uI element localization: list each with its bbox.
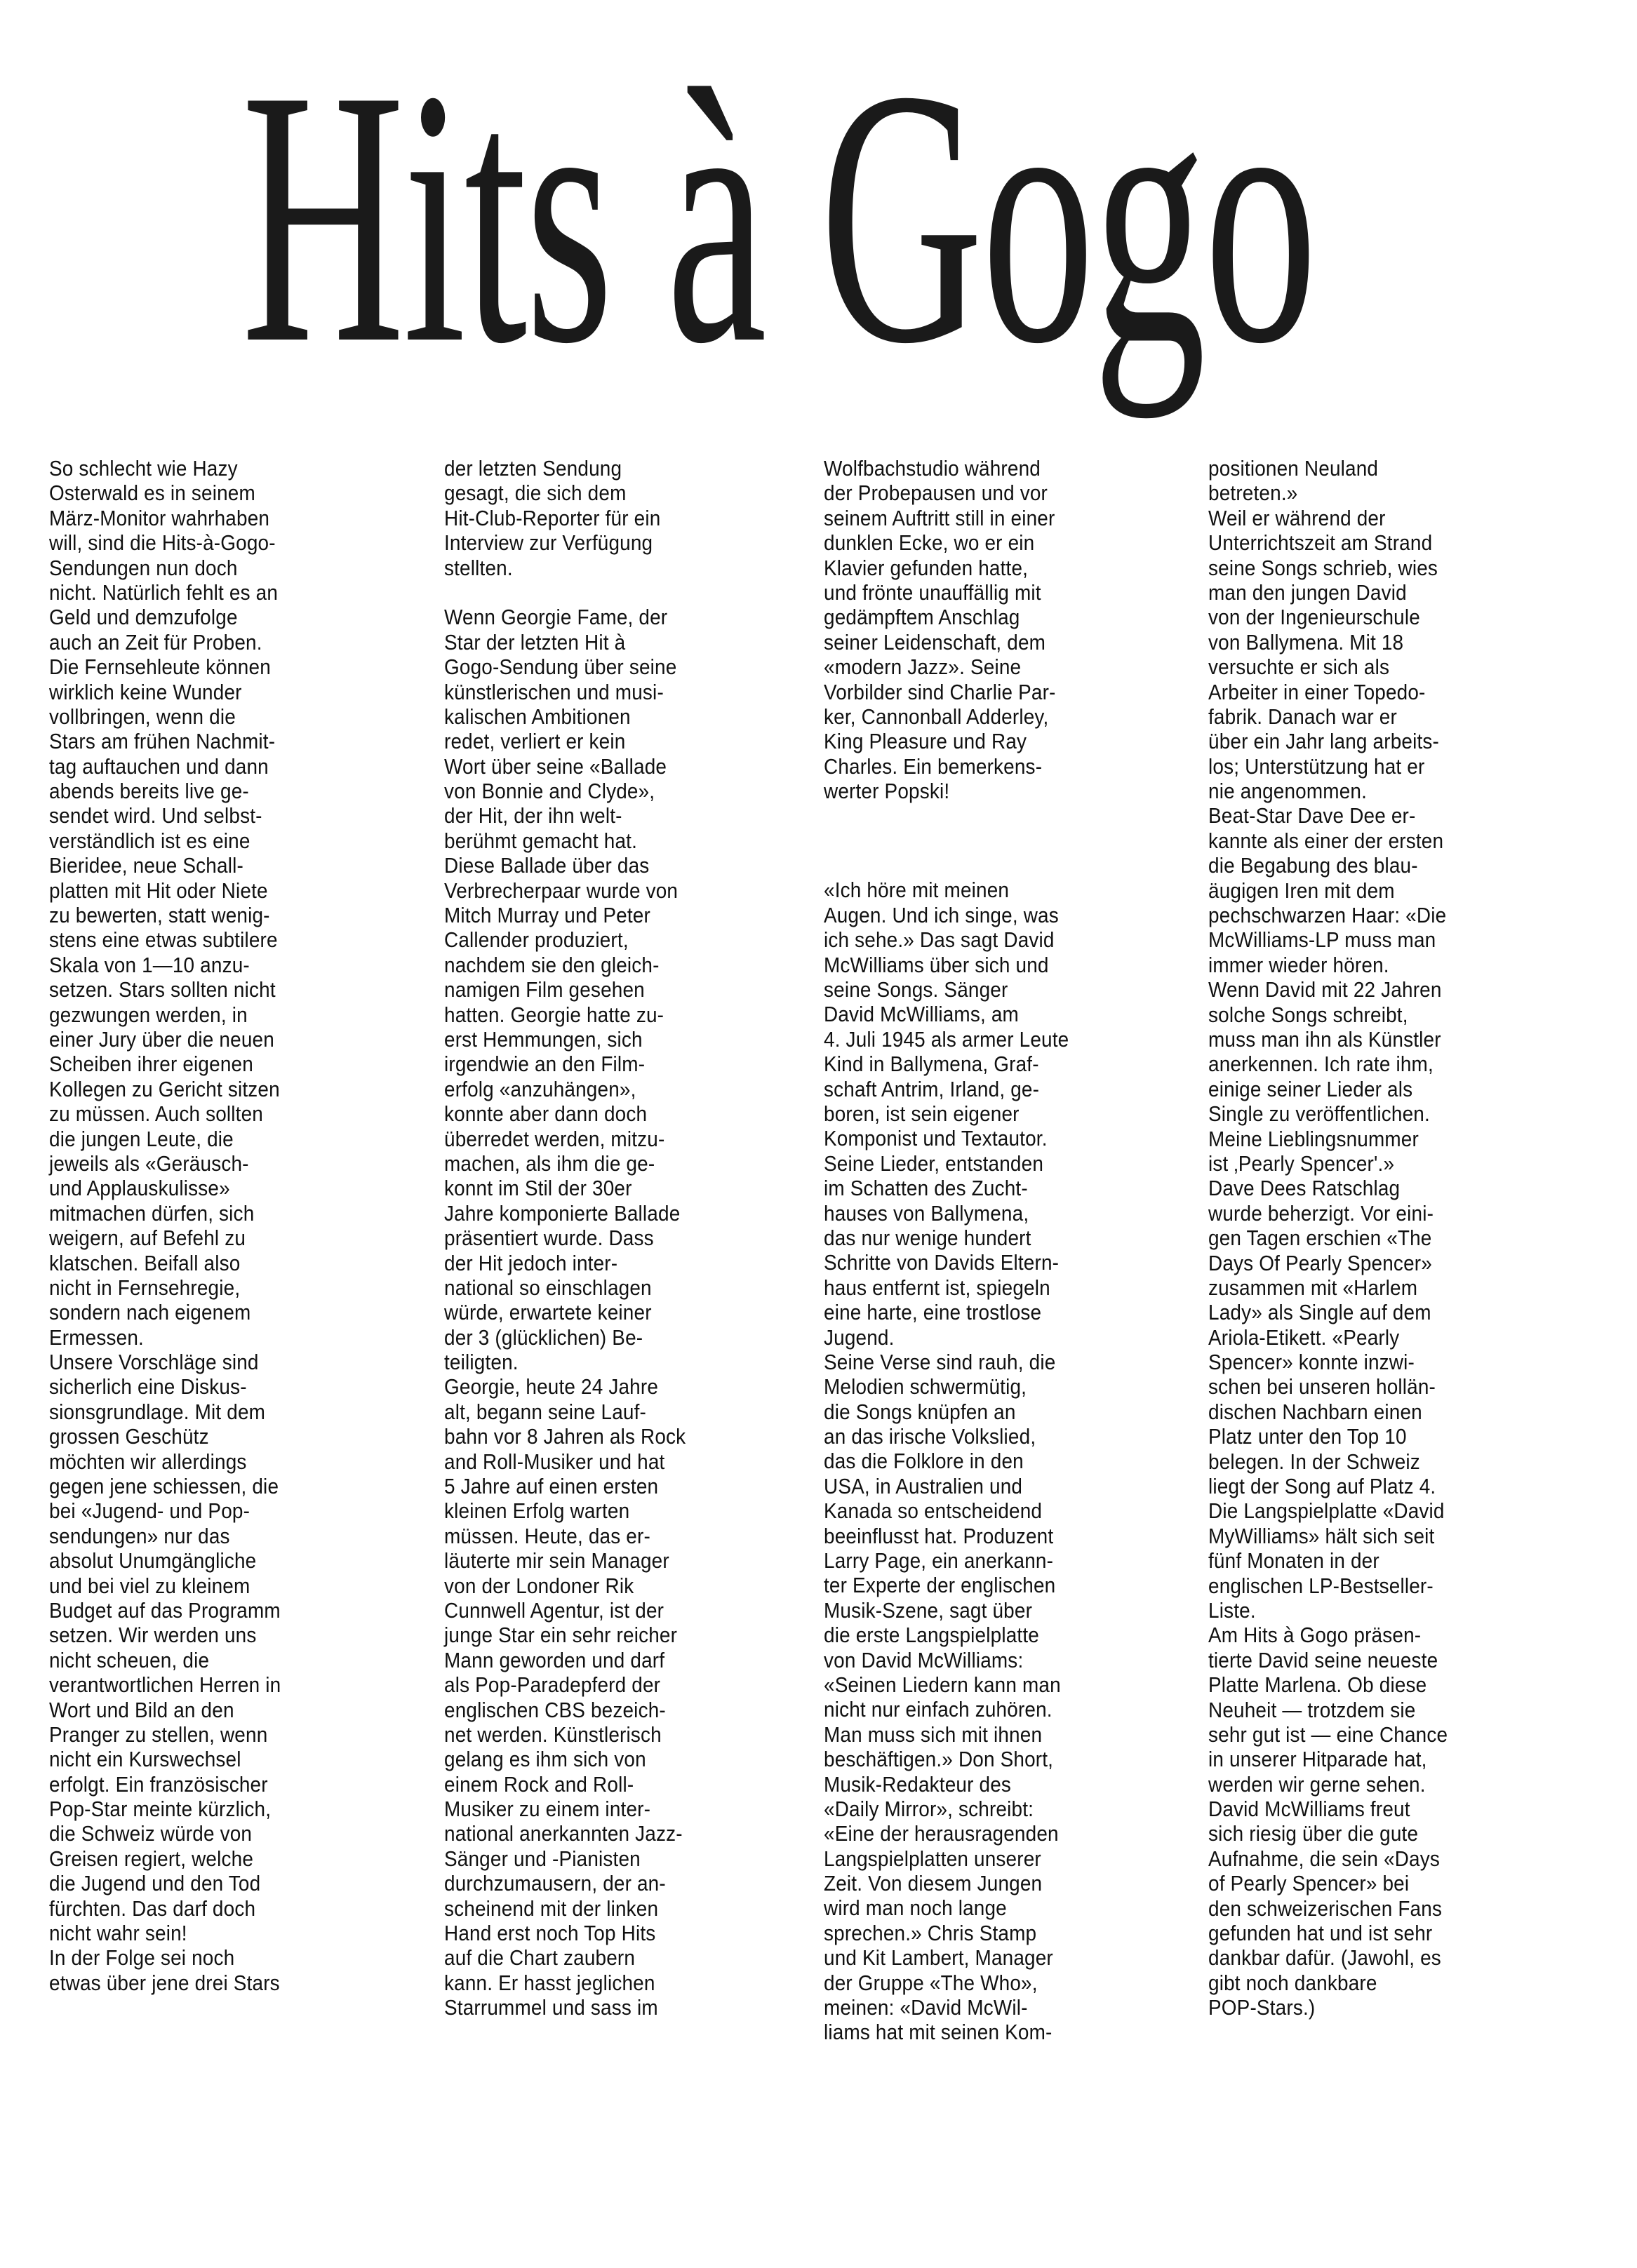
text-line: bei «Jugend- und Pop- xyxy=(49,1498,396,1523)
text-line: nicht ein Kurswechsel xyxy=(49,1747,396,1771)
text-line: auch an Zeit für Proben. xyxy=(49,630,396,655)
text-line: müssen. Heute, das er- xyxy=(444,1524,791,1548)
text-line: tag auftauchen und dann xyxy=(49,754,396,779)
section-gap xyxy=(824,803,1210,878)
text-line: Wort und Bild an den xyxy=(49,1698,396,1722)
text-line: man den jungen David xyxy=(1208,580,1556,605)
text-line: gefunden hat und ist sehr xyxy=(1208,1921,1556,1945)
text-line: gegen jene schiessen, die xyxy=(49,1474,396,1498)
text-line: «Ich höre mit meinen xyxy=(824,878,1171,902)
text-line: Cunnwell Agentur, ist der xyxy=(444,1598,791,1623)
text-line: «Eine der herausragenden xyxy=(824,1821,1171,1846)
text-line: Spencer» konnte inzwi- xyxy=(1208,1350,1556,1374)
text-line: Vorbilder sind Charlie Par- xyxy=(824,680,1171,704)
text-line: Starrummel und sass im xyxy=(444,1995,791,2020)
text-line: junge Star ein sehr reicher xyxy=(444,1623,791,1647)
text-line: tierte David seine neueste xyxy=(1208,1648,1556,1672)
text-line: Verbrecherpaar wurde von xyxy=(444,878,791,903)
text-line: durchzumausern, der an- xyxy=(444,1871,791,1895)
text-line: Platte Marlena. Ob diese xyxy=(1208,1672,1556,1697)
text-line: schaft Antrim, Irland, ge- xyxy=(824,1077,1171,1101)
text-line: und frönte unauffällig mit xyxy=(824,580,1171,605)
text-line: Charles. Ein bemerkens- xyxy=(824,754,1171,779)
text-line: beschäftigen.» Don Short, xyxy=(824,1747,1171,1771)
text-line: der letzten Sendung xyxy=(444,456,791,481)
text-line: gedämpftem Anschlag xyxy=(824,605,1171,629)
text-line: sehr gut ist — eine Chance xyxy=(1208,1722,1556,1747)
text-line: das die Folklore in den xyxy=(824,1449,1171,1473)
text-line: boren, ist sein eigener xyxy=(824,1101,1171,1126)
column-2-paragraph-a: der letzten Sendunggesagt, die sich demH… xyxy=(444,456,830,580)
text-line: muss man ihn als Künstler xyxy=(1208,1027,1556,1052)
text-line: Dave Dees Ratschlag xyxy=(1208,1176,1556,1200)
text-line: anerkennen. Ich rate ihm, xyxy=(1208,1052,1556,1076)
text-line: nicht. Natürlich fehlt es an xyxy=(49,580,396,605)
text-line: das nur wenige hundert xyxy=(824,1226,1171,1250)
text-line: immer wieder hören. xyxy=(1208,953,1556,977)
text-line: kann. Er hasst jeglichen xyxy=(444,1971,791,1995)
text-line: Zeit. Von diesem Jungen xyxy=(824,1871,1171,1895)
text-line: Single zu veröffentlichen. xyxy=(1208,1101,1556,1126)
text-line: gezwungen werden, in xyxy=(49,1002,396,1027)
text-line: Schritte von Davids Eltern- xyxy=(824,1250,1171,1275)
text-line: Pranger zu stellen, wenn xyxy=(49,1722,396,1747)
text-line: liams hat mit seinen Kom- xyxy=(824,2020,1171,2044)
text-line: Musik-Szene, sagt über xyxy=(824,1598,1171,1623)
text-line: Ermessen. xyxy=(49,1325,396,1350)
text-line: zusammen mit «Harlem xyxy=(1208,1275,1556,1300)
text-line: Am Hits à Gogo präsen- xyxy=(1208,1623,1556,1647)
text-line: werter Popski! xyxy=(824,779,1171,803)
text-line: verantwortlichen Herren in xyxy=(49,1672,396,1697)
text-line: hauses von Ballymena, xyxy=(824,1201,1171,1226)
text-line: von David McWilliams: xyxy=(824,1648,1171,1672)
text-line: ker, Cannonball Adderley, xyxy=(824,704,1171,729)
text-line: namigen Film gesehen xyxy=(444,977,791,1002)
text-line: ist ‚Pearly Spencer'.» xyxy=(1208,1151,1556,1176)
text-line: Wort über seine «Ballade xyxy=(444,754,791,779)
text-line: etwas über jene drei Stars xyxy=(49,1971,396,1995)
text-line: Star der letzten Hit à xyxy=(444,630,791,655)
text-line: irgendwie an den Film- xyxy=(444,1052,791,1076)
text-line: Sendungen nun doch xyxy=(49,556,396,580)
text-line: teiligten. xyxy=(444,1350,791,1374)
text-line: im Schatten des Zucht- xyxy=(824,1176,1171,1200)
text-line: nachdem sie den gleich- xyxy=(444,953,791,977)
text-line: Wolfbachstudio während xyxy=(824,456,1171,481)
text-line: wird man noch lange xyxy=(824,1895,1171,1920)
text-line: erst Hemmungen, sich xyxy=(444,1027,791,1052)
text-line: werden wir gerne sehen. xyxy=(1208,1772,1556,1797)
text-line: Mitch Murray und Peter xyxy=(444,903,791,927)
text-line: setzen. Stars sollten nicht xyxy=(49,977,396,1002)
text-line: Diese Ballade über das xyxy=(444,853,791,878)
text-line: Neuheit — trotzdem sie xyxy=(1208,1698,1556,1722)
text-line: einige seiner Lieder als xyxy=(1208,1077,1556,1101)
text-line: schen bei unseren hollän- xyxy=(1208,1374,1556,1399)
text-line: McWilliams-LP muss man xyxy=(1208,927,1556,952)
column-3-paragraph-b: «Ich höre mit meinenAugen. Und ich singe… xyxy=(824,878,1210,2044)
paragraph-gap xyxy=(444,580,830,605)
text-line: Weil er während der xyxy=(1208,506,1556,530)
text-line: den schweizerischen Fans xyxy=(1208,1896,1556,1921)
text-line: seiner Leidenschaft, dem xyxy=(824,630,1171,655)
text-line: kannte als einer der ersten xyxy=(1208,828,1556,853)
text-line: positionen Neuland xyxy=(1208,456,1556,481)
text-line: sendungen» nur das xyxy=(49,1524,396,1548)
text-line: äugigen Iren mit dem xyxy=(1208,878,1556,903)
text-line: erfolgt. Ein französischer xyxy=(49,1772,396,1797)
text-line: die Songs knüpfen an xyxy=(824,1400,1171,1424)
text-line: Wenn Georgie Fame, der xyxy=(444,605,791,629)
text-line: meinen: «David McWil- xyxy=(824,1995,1171,2020)
text-line: einem Rock and Roll- xyxy=(444,1772,791,1797)
text-line: in unserer Hitparade hat, xyxy=(1208,1747,1556,1771)
text-line: abends bereits live ge- xyxy=(49,779,396,803)
text-line: Hand erst noch Top Hits xyxy=(444,1921,791,1945)
text-line: an das irische Volkslied, xyxy=(824,1424,1171,1449)
text-line: seine Songs schrieb, wies xyxy=(1208,556,1556,580)
text-line: Budget auf das Programm xyxy=(49,1598,396,1623)
text-line: So schlecht wie Hazy xyxy=(49,456,396,481)
text-line: klatschen. Beifall also xyxy=(49,1251,396,1275)
text-column-4: positionen Neulandbetreten.»Weil er währ… xyxy=(1208,456,1594,2020)
text-line: David McWilliams freut xyxy=(1208,1797,1556,1821)
article-title-text: Hits à Gogo xyxy=(242,35,1316,400)
text-line: and Roll-Musiker und hat xyxy=(444,1449,791,1474)
text-line: sich riesig über die gute xyxy=(1208,1821,1556,1846)
text-line: möchten wir allerdings xyxy=(49,1449,396,1474)
text-line: sondern nach eigenem xyxy=(49,1300,396,1324)
text-line: eine harte, eine trostlose xyxy=(824,1300,1171,1324)
text-line: national anerkannten Jazz- xyxy=(444,1821,791,1846)
text-line: stellten. xyxy=(444,556,791,580)
text-column-2: der letzten Sendunggesagt, die sich demH… xyxy=(444,456,830,2020)
text-line: auf die Chart zaubern xyxy=(444,1945,791,1970)
text-line: «Daily Mirror», schreibt: xyxy=(824,1797,1171,1821)
text-line: präsentiert wurde. Dass xyxy=(444,1226,791,1250)
text-line: verständlich ist es eine xyxy=(49,828,396,853)
text-line: Georgie, heute 24 Jahre xyxy=(444,1374,791,1399)
text-line: Larry Page, ein anerkann- xyxy=(824,1548,1171,1573)
text-line: sprechen.» Chris Stamp xyxy=(824,1921,1171,1945)
text-line: von der Ingenieurschule xyxy=(1208,605,1556,629)
text-line: gibt noch dankbare xyxy=(1208,1971,1556,1995)
text-line: konnt im Stil der 30er xyxy=(444,1176,791,1200)
text-line: belegen. In der Schweiz xyxy=(1208,1449,1556,1474)
text-line: los; Unterstützung hat er xyxy=(1208,754,1556,779)
text-line: der Hit, der ihn welt- xyxy=(444,803,791,828)
text-line: die jungen Leute, die xyxy=(49,1127,396,1151)
text-line: Augen. Und ich singe, was xyxy=(824,903,1171,927)
text-line: platten mit Hit oder Niete xyxy=(49,878,396,903)
text-line: Man muss sich mit ihnen xyxy=(824,1722,1171,1747)
text-line: Wenn David mit 22 Jahren xyxy=(1208,977,1556,1002)
text-line: MyWilliams» hält sich seit xyxy=(1208,1524,1556,1548)
column-2-paragraph-b: Wenn Georgie Fame, derStar der letzten H… xyxy=(444,605,830,2020)
text-line: und bei viel zu kleinem xyxy=(49,1573,396,1598)
text-line: machen, als ihm die ge- xyxy=(444,1151,791,1176)
text-line: nicht nur einfach zuhören. xyxy=(824,1697,1171,1722)
text-line: weigern, auf Befehl zu xyxy=(49,1226,396,1250)
text-line: Jugend. xyxy=(824,1325,1171,1350)
text-line: mitmachen dürfen, sich xyxy=(49,1201,396,1226)
text-line: «Seinen Liedern kann man xyxy=(824,1672,1171,1697)
text-line: Langspielplatten unserer xyxy=(824,1846,1171,1871)
text-line: gelang es ihm sich von xyxy=(444,1747,791,1771)
text-line: fünf Monaten in der xyxy=(1208,1548,1556,1573)
text-line: einer Jury über die neuen xyxy=(49,1027,396,1052)
text-line: Kanada so entscheidend xyxy=(824,1498,1171,1523)
text-line: haus entfernt ist, spiegeln xyxy=(824,1275,1171,1300)
text-line: beeinflusst hat. Produzent xyxy=(824,1524,1171,1548)
text-line: Callender produziert, xyxy=(444,927,791,952)
text-line: David McWilliams, am xyxy=(824,1002,1171,1026)
text-line: ter Experte der englischen xyxy=(824,1573,1171,1597)
text-line: von Ballymena. Mit 18 xyxy=(1208,630,1556,655)
text-line: würde, erwartete keiner xyxy=(444,1300,791,1324)
text-line: Kind in Ballymena, Graf- xyxy=(824,1052,1171,1076)
text-line: Ariola-Etikett. «Pearly xyxy=(1208,1325,1556,1350)
text-line: Unterrichtszeit am Strand xyxy=(1208,530,1556,555)
text-line: stens eine etwas subtilere xyxy=(49,927,396,952)
text-line: «modern Jazz». Seine xyxy=(824,655,1171,679)
text-line: net werden. Künstlerisch xyxy=(444,1722,791,1747)
text-line: Klavier gefunden hatte, xyxy=(824,556,1171,580)
text-line: von der Londoner Rik xyxy=(444,1573,791,1598)
text-line: die Jugend und den Tod xyxy=(49,1871,396,1895)
text-line: gen Tagen erschien «The xyxy=(1208,1226,1556,1250)
text-line: solche Songs schreibt, xyxy=(1208,1002,1556,1027)
text-line: hatten. Georgie hatte zu- xyxy=(444,1002,791,1027)
text-line: kleinen Erfolg warten xyxy=(444,1498,791,1523)
text-line: zu bewerten, statt wenig- xyxy=(49,903,396,927)
text-line: läuterte mir sein Manager xyxy=(444,1548,791,1573)
text-line: of Pearly Spencer» bei xyxy=(1208,1871,1556,1895)
text-line: Liste. xyxy=(1208,1598,1556,1623)
text-line: redet, verliert er kein xyxy=(444,729,791,753)
text-line: künstlerischen und musi- xyxy=(444,680,791,704)
text-line: bahn vor 8 Jahren als Rock xyxy=(444,1424,791,1449)
text-line: setzen. Wir werden uns xyxy=(49,1623,396,1647)
text-line: überredet werden, mitzu- xyxy=(444,1127,791,1151)
text-line: fabrik. Danach war er xyxy=(1208,704,1556,729)
text-line: Stars am frühen Nachmit- xyxy=(49,729,396,753)
text-line: Pop-Star meinte kürzlich, xyxy=(49,1797,396,1821)
text-line: national so einschlagen xyxy=(444,1275,791,1300)
text-line: Interview zur Verfügung xyxy=(444,530,791,555)
text-line: Meine Lieblingsnummer xyxy=(1208,1127,1556,1151)
article-title: Hits à Gogo xyxy=(211,28,1347,421)
text-line: der Probepausen und vor xyxy=(824,481,1171,505)
text-column-3: Wolfbachstudio währendder Probepausen un… xyxy=(824,456,1210,2045)
text-line: Musiker zu einem inter- xyxy=(444,1797,791,1821)
text-line: seine Songs. Sänger xyxy=(824,977,1171,1002)
text-line: fürchten. Das darf doch xyxy=(49,1896,396,1921)
text-line: liegt der Song auf Platz 4. xyxy=(1208,1474,1556,1498)
text-line: die Schweiz würde von xyxy=(49,1821,396,1846)
text-line: King Pleasure und Ray xyxy=(824,729,1171,753)
text-line: nicht in Fernsehregie, xyxy=(49,1275,396,1300)
text-line: zu müssen. Auch sollten xyxy=(49,1101,396,1126)
text-line: dunklen Ecke, wo er ein xyxy=(824,530,1171,555)
text-line: Seine Lieder, entstanden xyxy=(824,1151,1171,1176)
text-line: der 3 (glücklichen) Be- xyxy=(444,1325,791,1350)
text-line: Mann geworden und darf xyxy=(444,1648,791,1672)
text-line: Musik-Redakteur des xyxy=(824,1772,1171,1797)
text-line: Aufnahme, die sein «Days xyxy=(1208,1846,1556,1871)
text-line: USA, in Australien und xyxy=(824,1474,1171,1498)
text-line: Arbeiter in einer Topedo- xyxy=(1208,680,1556,704)
text-line: 5 Jahre auf einen ersten xyxy=(444,1474,791,1498)
text-line: konnte aber dann doch xyxy=(444,1101,791,1126)
text-line: Days Of Pearly Spencer» xyxy=(1208,1251,1556,1275)
text-line: erfolg «anzuhängen», xyxy=(444,1077,791,1101)
text-line: wirklich keine Wunder xyxy=(49,680,396,704)
text-line: Sänger und -Pianisten xyxy=(444,1846,791,1871)
text-line: Platz unter den Top 10 xyxy=(1208,1424,1556,1449)
text-line: sionsgrundlage. Mit dem xyxy=(49,1400,396,1424)
text-column-1: So schlecht wie HazyOsterwald es in sein… xyxy=(49,456,435,1995)
text-line: gesagt, die sich dem xyxy=(444,481,791,505)
text-line: über ein Jahr lang arbeits- xyxy=(1208,729,1556,753)
text-line: März-Monitor wahrhaben xyxy=(49,506,396,530)
text-line: In der Folge sei noch xyxy=(49,1945,396,1970)
text-line: Beat-Star Dave Dee er- xyxy=(1208,803,1556,828)
text-line: Die Fernsehleute können xyxy=(49,655,396,679)
text-line: Komponist und Textautor. xyxy=(824,1126,1171,1150)
text-line: vollbringen, wenn die xyxy=(49,704,396,729)
text-line: Geld und demzufolge xyxy=(49,605,396,629)
text-line: nie angenommen. xyxy=(1208,779,1556,803)
text-line: Gogo-Sendung über seine xyxy=(444,655,791,679)
text-line: will, sind die Hits-à-Gogo- xyxy=(49,530,396,555)
text-line: seinem Auftritt still in einer xyxy=(824,506,1171,530)
text-line: Scheiben ihrer eigenen xyxy=(49,1052,396,1076)
text-line: Seine Verse sind rauh, die xyxy=(824,1350,1171,1374)
text-line: sendet wird. Und selbst- xyxy=(49,803,396,828)
text-line: als Pop-Paradepferd der xyxy=(444,1672,791,1697)
text-line: Hit-Club-Reporter für ein xyxy=(444,506,791,530)
text-line: McWilliams über sich und xyxy=(824,953,1171,977)
text-line: Die Langspielplatte «David xyxy=(1208,1498,1556,1523)
text-line: und Kit Lambert, Manager xyxy=(824,1945,1171,1970)
text-line: englischen CBS bezeich- xyxy=(444,1698,791,1722)
text-line: scheinend mit der linken xyxy=(444,1896,791,1921)
text-line: absolut Unumgängliche xyxy=(49,1548,396,1573)
text-line: nicht scheuen, die xyxy=(49,1648,396,1672)
text-line: Osterwald es in seinem xyxy=(49,481,396,505)
text-line: englischen LP-Bestseller- xyxy=(1208,1573,1556,1598)
text-line: die Begabung des blau- xyxy=(1208,853,1556,878)
text-line: die erste Langspielplatte xyxy=(824,1623,1171,1647)
text-line: nicht wahr sein! xyxy=(49,1921,396,1945)
text-line: berühmt gemacht hat. xyxy=(444,828,791,853)
text-line: Skala von 1—10 anzu- xyxy=(49,953,396,977)
text-line: dankbar dafür. (Jawohl, es xyxy=(1208,1945,1556,1970)
text-line: alt, begann seine Lauf- xyxy=(444,1400,791,1424)
column-3-paragraph-a: Wolfbachstudio währendder Probepausen un… xyxy=(824,456,1210,803)
text-line: Greisen regiert, welche xyxy=(49,1846,396,1871)
text-line: dischen Nachbarn einen xyxy=(1208,1400,1556,1424)
text-line: kalischen Ambitionen xyxy=(444,704,791,729)
text-line: der Gruppe «The Who», xyxy=(824,1971,1171,1995)
text-line: grossen Geschütz xyxy=(49,1424,396,1449)
text-line: der Hit jedoch inter- xyxy=(444,1251,791,1275)
text-line: sicherlich eine Diskus- xyxy=(49,1374,396,1399)
text-line: Jahre komponierte Ballade xyxy=(444,1201,791,1226)
text-line: Unsere Vorschläge sind xyxy=(49,1350,396,1374)
text-line: 4. Juli 1945 als armer Leute xyxy=(824,1027,1171,1052)
text-line: POP-Stars.) xyxy=(1208,1995,1556,2020)
text-line: von Bonnie and Clyde», xyxy=(444,779,791,803)
text-line: Kollegen zu Gericht sitzen xyxy=(49,1077,396,1101)
text-line: versuchte er sich als xyxy=(1208,655,1556,679)
text-line: und Applauskulisse» xyxy=(49,1176,396,1200)
text-line: wurde beherzigt. Vor eini- xyxy=(1208,1201,1556,1226)
text-line: pechschwarzen Haar: «Die xyxy=(1208,903,1556,927)
text-line: betreten.» xyxy=(1208,481,1556,505)
text-line: Melodien schwermütig, xyxy=(824,1374,1171,1399)
text-line: jeweils als «Geräusch- xyxy=(49,1151,396,1176)
text-line: ich sehe.» Das sagt David xyxy=(824,927,1171,952)
text-line: Lady» als Single auf dem xyxy=(1208,1300,1556,1324)
text-line: Bieridee, neue Schall- xyxy=(49,853,396,878)
